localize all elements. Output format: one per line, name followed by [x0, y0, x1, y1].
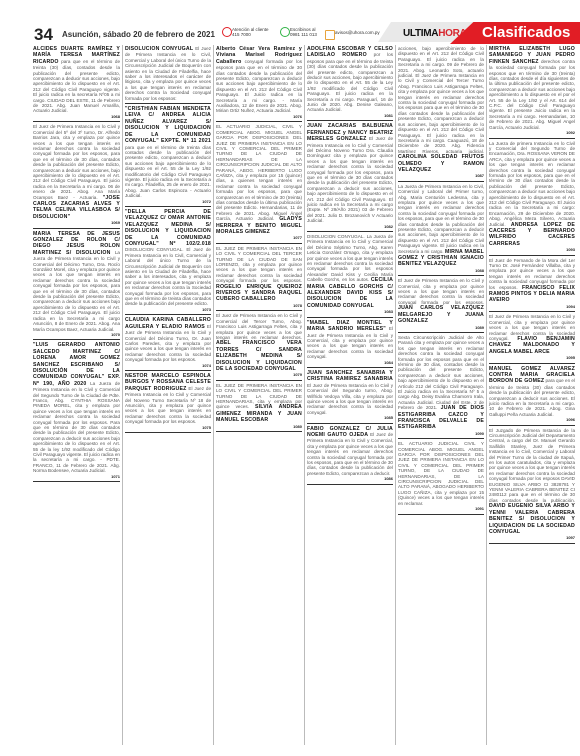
notice-parties: CLAUDIA KARINA CABALLERO AGUILERA Y ELAD… [125, 317, 211, 329]
page-header: 34 Asunción, sábado 20 de febrero de 202… [0, 22, 580, 44]
notice-code: 1092 [489, 130, 575, 135]
whatsapp-icon [280, 27, 290, 37]
legal-notice: JUAN SANCHEZ SANABRIA Y CRISTINA RAMIREZ… [307, 369, 393, 424]
notice-text: El Juez de Primera Instancia en lo Civil… [125, 46, 211, 101]
notice-parties: MARIA TERESA DE JESUS GONZALEZ DE ROLON … [33, 231, 120, 256]
notice-text: El Juez de Primera Instancia en lo Civil… [398, 278, 484, 305]
legal-notice: Alberto César Vera Ramírez y Viviana Mar… [216, 45, 302, 122]
notice-code: 1082 [307, 224, 393, 229]
notice-code: 1070 [33, 332, 120, 337]
legal-notice: Sexta Circunscripción Judicial de Alto P… [398, 334, 484, 439]
legal-notice: MANUEL GOMEZ ALVAREZ CONTRA MARIA GRACIE… [489, 365, 575, 426]
column-3: Alberto César Vera Ramírez y Viviana Mar… [213, 45, 304, 745]
notice-text: La Jueza de primera Instancia en lo Civi… [489, 141, 575, 227]
legal-notice: El Juez de Primera Instancia en lo Civil… [33, 123, 120, 228]
notice-code: 1089 [398, 325, 484, 330]
notice-code: 1091 [398, 506, 484, 511]
notice-text: EL ACTUARIO JUDICIAL CIVIL Y COMERCIAL A… [398, 441, 484, 505]
notice-code: 1093 [489, 247, 575, 252]
notice-parties: "CRISTHIAN FABIAN MENDIETA LEIVA C/ ANDR… [125, 106, 211, 144]
notice-text: para que en el término de treinta (30) d… [489, 378, 575, 416]
legal-notice: EL ACTUARIO JUDICIAL, CIVIL Y COMERCIAL … [216, 123, 302, 244]
column-2: DISOLUCION CONYUGAL El Juez de Primera I… [122, 45, 213, 745]
legal-notice: EL ACTUARIO JUDICIAL CIVIL Y COMERCIAL A… [398, 440, 484, 514]
notice-text: El Juez de Primera Instancia en lo Civil… [125, 386, 211, 424]
notice-code: 1081 [307, 113, 393, 118]
notice-text: El Juez de Primera Instancia en lo Civil… [33, 124, 120, 199]
column-6: MIRTHA ELIZABETH LUGO SAMANIEGO Y JUAN P… [486, 45, 577, 745]
notice-code: 1071 [33, 474, 120, 479]
notice-text: El Juez de Primera Instancia en lo Civil… [307, 136, 393, 223]
legal-notice: EL JUEZ DE PRIMERA INSTANCIA EN LO CIVIL… [216, 245, 302, 311]
logo-part1: ULTIMA [403, 28, 438, 39]
notice-code: 1077 [216, 235, 302, 240]
notice-code: 1076 [216, 114, 302, 119]
legal-notice: FABIO GONZALEZ C/ JULIA NOEMI GAUTO OJED… [307, 425, 393, 485]
legal-notice: CLAUDIA KARINA CABALLERO AGUILERA Y ELAD… [125, 316, 211, 371]
legal-notice: MARIA TERESA DE JESUS GONZALEZ DE ROLON … [33, 230, 120, 341]
legal-notice: JUAN ZACARIAS BALBUENA FERNANDEZ y NANCY… [307, 122, 393, 232]
notice-parties: CAROLINA SOLEDAD FRUTOS OLMEDO Y RAMON V… [398, 154, 484, 173]
notice-parties: ROGELIO ENRIQUE QUEIROZ RIVEROS Y SANDRA… [216, 284, 302, 303]
legal-notice: DISOLUCION CONYUGAL. La Jueza de Primera… [307, 233, 393, 318]
legal-notice: ALCIDES DUARTE RAMÍREZ Y MARÍA TERESA MA… [33, 45, 120, 122]
legal-notice: EL JUEZ DE PRIMERA INSTANCIA EN LO CIVIL… [216, 382, 302, 432]
section-title: Clasificados [482, 24, 570, 41]
notice-code: 1068 [33, 114, 120, 119]
notice-text: El Juez de Primera Instancia en lo Civil… [125, 324, 211, 362]
notice-code: 1097 [489, 535, 575, 540]
notice-code: 1072 [125, 199, 211, 204]
notice-text: DISOLUCION CONYUGAL. La Jueza de Primera… [307, 234, 393, 282]
notice-text: por los esposos para que en el término d… [307, 52, 393, 112]
notice-text: El Juez de Primera Instancia en lo Civil… [307, 432, 393, 476]
notice-code: 1069 [33, 220, 120, 225]
legal-notice: "LUIS GERARDO ANTONIO SALCEDO MARTINEZ C… [33, 341, 120, 482]
legal-notice: El Juzgado de Primera Instancia de la Ci… [489, 427, 575, 544]
notice-parties: "MABEL DIAZ MONTIEL Y MARIA SANDRIO MERE… [307, 320, 393, 332]
page-number: 34 [34, 25, 53, 45]
contact-phone: Atención al cliente 415 7000 [232, 27, 269, 37]
notice-parties: JUAN CARLOS VELAZQUEZ MELGAREJO Y JUANA … [398, 305, 484, 324]
legal-notice: El Juez de Primera Instancia en lo Civil… [489, 313, 575, 363]
notice-text: acciones, bajo apercibimiento de lo disp… [398, 46, 484, 154]
notice-code: 1085 [307, 415, 393, 420]
notice-text: El Juez de Primera Instancia en lo Civil… [216, 313, 302, 340]
notice-code: 1087 [398, 173, 484, 178]
notice-code: 1095 [489, 355, 575, 360]
legal-notice: El Juez de Fernando de la Mora del 1er T… [489, 257, 575, 313]
notice-code: 1073 [125, 307, 211, 312]
notice-text: El Juzgado de Primera Instancia de la Ci… [489, 428, 575, 503]
contact-value: avisos@uhora.com.py [335, 30, 380, 35]
legal-notice: "DELLA PERCIA DE VELAZQUEZ C/ OMAR ANTON… [125, 208, 211, 315]
notice-code: 1083 [307, 309, 393, 314]
notice-text: La Jueza de Primera Instancia en lo Civi… [33, 381, 120, 474]
notice-text: conyugal formada por los esposos para qu… [216, 59, 302, 114]
ultimahora-logo: ULTIMAHORA [403, 28, 466, 39]
page-date: Asunción, sábado 20 de febrero de 2021 [62, 30, 215, 39]
notice-code: 1078 [216, 303, 302, 308]
notice-code: 1090 [398, 431, 484, 436]
notice-text: DISOLUCION CONYUGAL. El Juez de Primera … [125, 247, 211, 306]
notice-code: 1086 [307, 476, 393, 481]
legal-notice: ADOLFINA ESCOBAR Y CELSO LADISLAO ROMERO… [307, 45, 393, 121]
notice-parties: ABEL FRANCISCO VERA TORRES C/ SANDRA ELI… [216, 340, 302, 372]
notice-text: EL JUEZ DE PRIMERA INSTANCIA EN LO CIVIL… [216, 246, 302, 283]
notice-text: La Jueza de Primera Instancia en lo Civi… [33, 250, 120, 332]
notice-text: derechos contra la sociedad conyugal for… [489, 59, 575, 130]
legal-notice: acciones, bajo apercibimiento de lo disp… [398, 45, 484, 182]
newspaper-page: 34 Asunción, sábado 20 de febrero de 202… [0, 0, 580, 756]
notice-text: Sexta Circunscripción Judicial de Alto P… [398, 335, 484, 410]
contact-email: avisos@uhora.com.py [335, 30, 380, 35]
notice-parties: DISOLUCION CONYUGAL [125, 46, 193, 52]
notice-code: 1096 [489, 417, 575, 422]
notice-text: para que en el término de treinta días c… [125, 145, 211, 199]
notice-code: 1079 [216, 372, 302, 377]
contact-value: 0981 111 013 [290, 32, 317, 37]
column-5: acciones, bajo apercibimiento de lo disp… [395, 45, 486, 745]
notice-text: El Juez de Primera Instancia en lo Civil… [307, 383, 393, 415]
contact-whatsapp: Escribinos al 0981 111 013 [290, 27, 317, 37]
legal-notice: La Jueza de primera Instancia en lo Civi… [489, 140, 575, 256]
legal-notice: MIRTHA ELIZABETH LUGO SAMANIEGO Y JUAN P… [489, 45, 575, 139]
classifieds-columns: ALCIDES DUARTE RAMÍREZ Y MARÍA TERESA MA… [31, 45, 577, 745]
mail-icon [325, 30, 335, 40]
column-1: ALCIDES DUARTE RAMÍREZ Y MARÍA TERESA MA… [31, 45, 122, 745]
legal-notice: DISOLUCION CONYUGAL El Juez de Primera I… [125, 45, 211, 104]
legal-notice: NESTOR MARCELO ESPINOLA BURGOS Y ROSSANA… [125, 372, 211, 433]
notice-code: 1094 [489, 304, 575, 309]
notice-text: La Jueza de Primera Instancia en lo Civi… [398, 184, 484, 254]
legal-notice: La Jueza de Primera Instancia en lo Civi… [398, 183, 484, 277]
notice-parties: "DELLA PERCIA DE VELAZQUEZ C/ OMAR ANTON… [125, 209, 211, 247]
notice-code: 1075 [125, 425, 211, 430]
column-4: ADOLFINA ESCOBAR Y CELSO LADISLAO ROMERO… [304, 45, 395, 745]
legal-notice: El Juez de Primera Instancia en lo Civil… [398, 277, 484, 333]
notice-parties: JUAN SANCHEZ SANABRIA Y CRISTINA RAMIREZ… [307, 370, 393, 382]
notice-code: 1084 [307, 360, 393, 365]
legal-notice: El Juez de Primera Instancia en lo Civil… [216, 312, 302, 380]
phone-icon [222, 27, 232, 37]
notice-parties: DAVID EUGENIO SILVA ARBO Y YENNI VALERIA… [489, 503, 575, 535]
contact-value: 415 7000 [232, 32, 269, 37]
notice-code: 1080 [216, 424, 302, 429]
legal-notice: "CRISTHIAN FABIAN MENDIETA LEIVA C/ ANDR… [125, 105, 211, 207]
notice-code: 1074 [125, 363, 211, 368]
notice-text: para que en el término de treinta (30) d… [33, 59, 120, 114]
notice-code: 1088 [398, 268, 484, 273]
notice-text: EL ACTUARIO JUDICIAL, CIVIL Y COMERCIAL … [216, 124, 302, 221]
legal-notice: "MABEL DIAZ MONTIEL Y MARIA SANDRIO MERE… [307, 319, 393, 368]
